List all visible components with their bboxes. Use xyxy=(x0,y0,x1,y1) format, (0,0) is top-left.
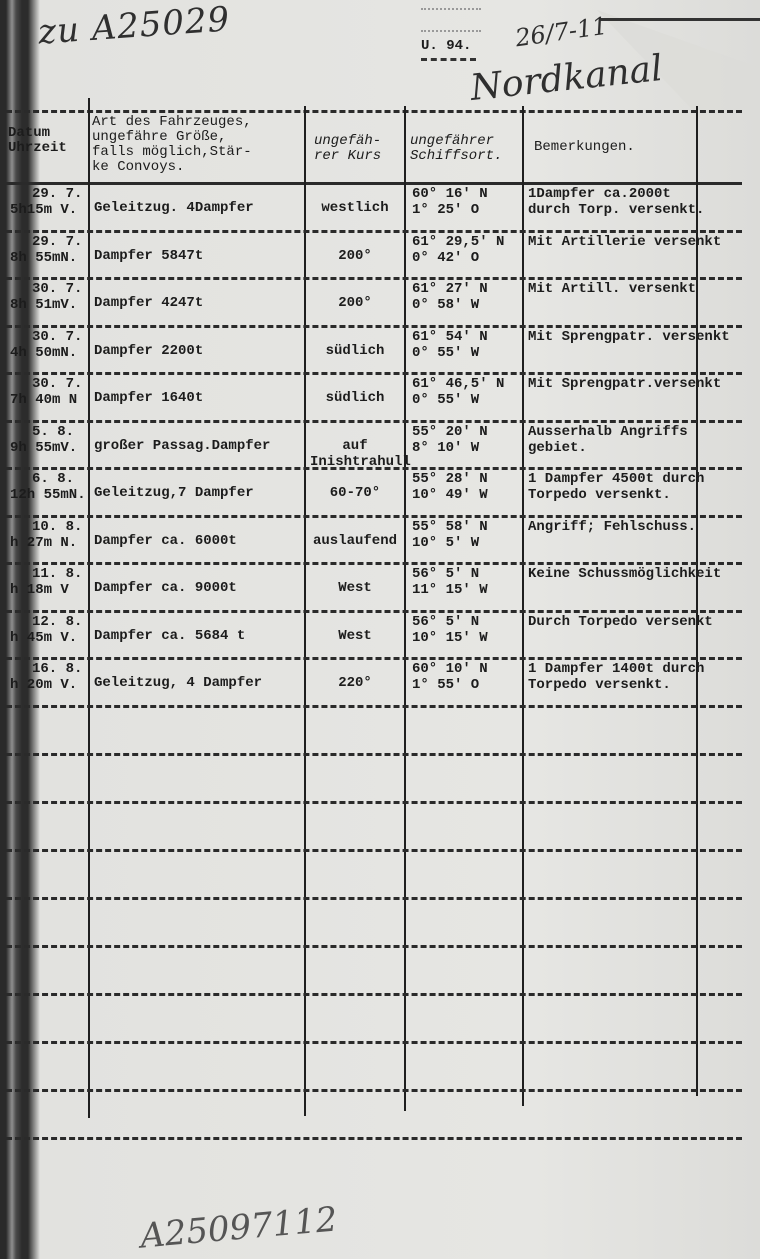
row-remarks-line: durch Torp. versenkt. xyxy=(528,202,704,218)
row-vessel: Dampfer 1640t xyxy=(94,390,203,406)
row-latitude: 55° 28' N xyxy=(412,471,488,487)
row-vessel: Dampfer ca. 9000t xyxy=(94,580,237,596)
row-position: 55° 20' N 8° 10' W xyxy=(412,424,488,456)
empty-row-rule xyxy=(6,849,742,852)
row-date: 16. 8. xyxy=(10,661,82,677)
row-remarks-line: Mit Sprengpatr. versenkt xyxy=(528,329,730,345)
row-datetime: 10. 8. h 27m N. xyxy=(10,519,82,551)
col-divider-1 xyxy=(88,98,90,1118)
row-course: West xyxy=(310,580,400,596)
header-bottom-rule xyxy=(6,182,742,185)
row-longitude: 0° 55' W xyxy=(412,392,504,408)
row-vessel: Dampfer ca. 5684 t xyxy=(94,628,245,644)
row-position: 60° 10' N 1° 55' O xyxy=(412,661,488,693)
header-vessel-line: falls möglich,Stär- xyxy=(92,145,252,160)
row-datetime: 29. 7. 5h15m V. xyxy=(10,186,82,218)
header-course-line: rer Kurs xyxy=(314,149,381,164)
row-time: 9h 55mV. xyxy=(10,440,77,456)
row-longitude: 0° 55' W xyxy=(412,345,488,361)
top-rule xyxy=(600,18,760,21)
row-vessel: großer Passag.Dampfer xyxy=(94,438,270,454)
row-course: 200° xyxy=(310,295,400,311)
row-latitude: 61° 54' N xyxy=(412,329,488,345)
col-divider-5 xyxy=(696,106,698,1096)
row-datetime: 5. 8. 9h 55mV. xyxy=(10,424,77,456)
row-latitude: 60° 16' N xyxy=(412,186,488,202)
row-course: westlich xyxy=(310,200,400,216)
col-divider-4 xyxy=(522,106,524,1106)
header-vessel-type: Art des Fahrzeuges, ungefähre Größe, fal… xyxy=(92,115,252,175)
header-course: ungefäh- rer Kurs xyxy=(314,134,381,164)
row-course: 60-70° xyxy=(310,485,400,501)
row-longitude: 10° 5' W xyxy=(412,535,488,551)
header-vessel-line: ke Convoys. xyxy=(92,160,252,175)
row-latitude: 60° 10' N xyxy=(412,661,488,677)
header-position-line: Schiffsort. xyxy=(410,149,502,164)
row-time: 4h 50mN. xyxy=(10,345,82,361)
row-longitude: 10° 15' W xyxy=(412,630,488,646)
row-latitude: 61° 27' N xyxy=(412,281,488,297)
row-rule xyxy=(6,325,742,328)
empty-row-rule xyxy=(6,1041,742,1044)
col-divider-3 xyxy=(404,106,406,1111)
header-position: ungefährer Schiffsort. xyxy=(410,134,502,164)
row-latitude: 56° 5' N xyxy=(412,614,488,630)
row-remarks-line: 1 Dampfer 1400t durch xyxy=(528,661,704,677)
row-position: 61° 27' N 0° 58' W xyxy=(412,281,488,313)
row-date: 6. 8. xyxy=(10,471,86,487)
row-datetime: 30. 7. 7h 40m N xyxy=(10,376,82,408)
row-date: 30. 7. xyxy=(10,329,82,345)
row-remarks: 1Dampfer ca.2000t durch Torp. versenkt. xyxy=(528,186,704,218)
row-longitude: 10° 49' W xyxy=(412,487,488,503)
row-datetime: 6. 8. 12h 55mN. xyxy=(10,471,86,503)
row-remarks: Mit Artill. versenkt xyxy=(528,281,696,297)
row-remarks: Keine Schussmöglichkeit xyxy=(528,566,721,582)
row-course: West xyxy=(310,628,400,644)
empty-row-rule xyxy=(6,993,742,996)
row-remarks: Durch Torpedo versenkt xyxy=(528,614,713,630)
row-position: 55° 28' N 10° 49' W xyxy=(412,471,488,503)
row-longitude: 11° 15' W xyxy=(412,582,488,598)
row-course: auslaufend xyxy=(310,533,400,549)
row-rule xyxy=(6,230,742,233)
row-date: 29. 7. xyxy=(10,234,82,250)
row-position: 56° 5' N 11° 15' W xyxy=(412,566,488,598)
row-time: 5h15m V. xyxy=(10,202,82,218)
row-rule xyxy=(6,420,742,423)
row-datetime: 30. 7. 8h 51mV. xyxy=(10,281,82,313)
row-time: h 27m N. xyxy=(10,535,82,551)
row-remarks: Angriff; Fehlschuss. xyxy=(528,519,696,535)
boat-underline xyxy=(421,58,476,61)
row-datetime: 12. 8. h 45m V. xyxy=(10,614,82,646)
row-rule xyxy=(6,657,742,660)
row-date: 30. 7. xyxy=(10,281,82,297)
row-latitude: 61° 29,5' N xyxy=(412,234,504,250)
row-course: 200° xyxy=(310,248,400,264)
row-date: 12. 8. xyxy=(10,614,82,630)
row-date: 10. 8. xyxy=(10,519,82,535)
row-rule xyxy=(6,467,742,470)
row-vessel: Geleitzug. 4Dampfer xyxy=(94,200,254,216)
stamp-mark xyxy=(421,8,481,32)
row-vessel: Dampfer 4247t xyxy=(94,295,203,311)
empty-row-rule xyxy=(6,945,742,948)
row-remarks-line: Mit Artillerie versenkt xyxy=(528,234,721,250)
empty-row-rule xyxy=(6,753,742,756)
row-remarks: Mit Sprengpatr. versenkt xyxy=(528,329,730,345)
row-latitude: 61° 46,5' N xyxy=(412,376,504,392)
row-time: 7h 40m N xyxy=(10,392,82,408)
row-remarks-line: Torpedo versenkt. xyxy=(528,487,704,503)
row-course: südlich xyxy=(310,390,400,406)
row-course: auf Inishtrahull xyxy=(310,438,400,470)
row-remarks-line: 1 Dampfer 4500t durch xyxy=(528,471,704,487)
row-time: h 18m V xyxy=(10,582,82,598)
row-vessel: Dampfer 5847t xyxy=(94,248,203,264)
row-course: 220° xyxy=(310,675,400,691)
row-longitude: 1° 55' O xyxy=(412,677,488,693)
row-rule xyxy=(6,705,742,708)
empty-row-rule xyxy=(6,897,742,900)
row-remarks-line: 1Dampfer ca.2000t xyxy=(528,186,704,202)
header-datum: Datum Uhrzeit xyxy=(8,126,84,156)
row-vessel: Geleitzug,7 Dampfer xyxy=(94,485,254,501)
row-position: 61° 54' N 0° 55' W xyxy=(412,329,488,361)
row-vessel: Dampfer ca. 6000t xyxy=(94,533,237,549)
row-time: 8h 55mN. xyxy=(10,250,82,266)
row-course: südlich xyxy=(310,343,400,359)
row-remarks-line: Mit Artill. versenkt xyxy=(528,281,696,297)
row-remarks: Ausserhalb Angriffs gebiet. xyxy=(528,424,688,456)
row-remarks: 1 Dampfer 4500t durch Torpedo versenkt. xyxy=(528,471,704,503)
header-course-line: ungefäh- xyxy=(314,134,381,149)
row-datetime: 29. 7. 8h 55mN. xyxy=(10,234,82,266)
row-vessel: Dampfer 2200t xyxy=(94,343,203,359)
row-time: 8h 51mV. xyxy=(10,297,82,313)
header-top-rule xyxy=(6,110,742,113)
row-rule xyxy=(6,372,742,375)
row-date: 11. 8. xyxy=(10,566,82,582)
header-vessel-line: Art des Fahrzeuges, xyxy=(92,115,252,130)
row-position: 61° 29,5' N 0° 42' O xyxy=(412,234,504,266)
row-position: 61° 46,5' N 0° 55' W xyxy=(412,376,504,408)
row-datetime: 16. 8. h 20m V. xyxy=(10,661,82,693)
row-remarks-line: gebiet. xyxy=(528,440,688,456)
row-remarks: Mit Sprengpatr.versenkt xyxy=(528,376,721,392)
header-remarks: Bemerkungen. xyxy=(534,140,635,155)
empty-row-rule xyxy=(6,801,742,804)
row-remarks-line: Torpedo versenkt. xyxy=(528,677,704,693)
row-longitude: 0° 42' O xyxy=(412,250,504,266)
row-longitude: 0° 58' W xyxy=(412,297,488,313)
row-latitude: 55° 20' N xyxy=(412,424,488,440)
row-latitude: 55° 58' N xyxy=(412,519,488,535)
row-date: 5. 8. xyxy=(10,424,77,440)
row-time: h 20m V. xyxy=(10,677,82,693)
header-position-line: ungefährer xyxy=(410,134,502,149)
row-position: 56° 5' N 10° 15' W xyxy=(412,614,488,646)
row-rule xyxy=(6,277,742,280)
row-time: h 45m V. xyxy=(10,630,82,646)
row-remarks-line: Angriff; Fehlschuss. xyxy=(528,519,696,535)
empty-row-rule xyxy=(6,1089,742,1092)
row-date: 29. 7. xyxy=(10,186,82,202)
boat-designation: U. 94. xyxy=(421,38,471,54)
row-rule xyxy=(6,562,742,565)
row-date: 30. 7. xyxy=(10,376,82,392)
row-position: 60° 16' N 1° 25' O xyxy=(412,186,488,218)
row-remarks-line: Mit Sprengpatr.versenkt xyxy=(528,376,721,392)
row-time: 12h 55mN. xyxy=(10,487,86,503)
row-remarks-line: Keine Schussmöglichkeit xyxy=(528,566,721,582)
row-remarks: 1 Dampfer 1400t durch Torpedo versenkt. xyxy=(528,661,704,693)
row-latitude: 56° 5' N xyxy=(412,566,488,582)
row-vessel: Geleitzug, 4 Dampfer xyxy=(94,675,262,691)
row-rule xyxy=(6,515,742,518)
header-vessel-line: ungefähre Größe, xyxy=(92,130,252,145)
row-remarks: Mit Artillerie versenkt xyxy=(528,234,721,250)
empty-row-rule xyxy=(6,1137,742,1140)
row-remarks-line: Ausserhalb Angriffs xyxy=(528,424,688,440)
row-datetime: 11. 8. h 18m V xyxy=(10,566,82,598)
row-rule xyxy=(6,610,742,613)
row-position: 55° 58' N 10° 5' W xyxy=(412,519,488,551)
row-remarks-line: Durch Torpedo versenkt xyxy=(528,614,713,630)
row-longitude: 8° 10' W xyxy=(412,440,488,456)
row-datetime: 30. 7. 4h 50mN. xyxy=(10,329,82,361)
row-longitude: 1° 25' O xyxy=(412,202,488,218)
